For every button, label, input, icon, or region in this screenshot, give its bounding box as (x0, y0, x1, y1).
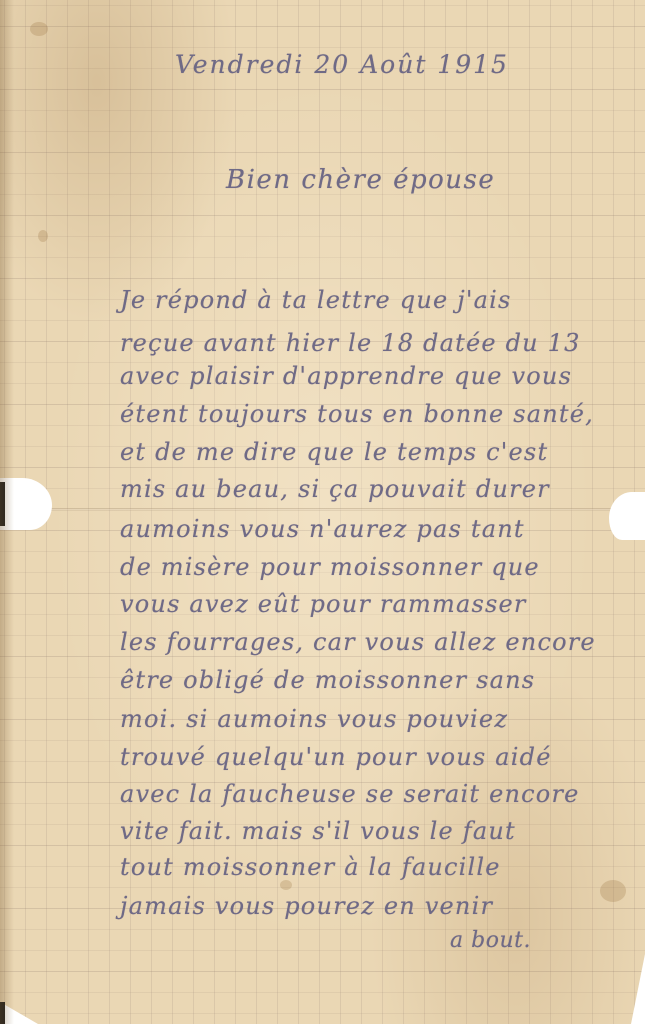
age-stain (280, 880, 292, 890)
closing-fragment: a bout. (450, 928, 531, 953)
body-line: reçue avant hier le 18 datée du 13 (120, 329, 581, 357)
body-line: de misère pour moissonner que (120, 553, 540, 581)
letter-date: Vendredi 20 Août 1915 (175, 50, 509, 79)
torn-edge-right (609, 492, 645, 540)
body-line: aumoins vous n'aurez pas tant (120, 515, 525, 543)
scan-shadow-left (0, 482, 5, 526)
age-stain (30, 22, 48, 36)
body-line: jamais vous pourez en venir (120, 892, 493, 920)
body-line: être obligé de moissonner sans (120, 666, 535, 694)
damaged-corner-bottom-left (0, 1002, 38, 1024)
body-line: mis au beau, si ça pouvait durer (120, 475, 550, 503)
body-line: moi. si aumoins vous pouviez (120, 705, 508, 733)
torn-edge-left (0, 478, 52, 530)
body-line: les fourrages, car vous allez encore (120, 628, 596, 656)
body-line: vous avez eût pour rammasser (120, 590, 527, 618)
age-stain (600, 880, 626, 902)
age-stain (38, 230, 48, 242)
body-line: vite fait. mais s'il vous le faut (120, 817, 516, 845)
damaged-corner-bottom-right (631, 954, 645, 1024)
body-line: tout moissonner à la faucille (120, 853, 501, 881)
body-line: Je répond à ta lettre que j'ais (120, 286, 512, 314)
paper-fold-crease (0, 508, 645, 511)
body-line: étent toujours tous en bonne santé, (120, 400, 594, 428)
scan-shadow-corner (0, 1002, 5, 1024)
body-line: trouvé quelqu'un pour vous aidé (120, 743, 552, 771)
body-line: et de me dire que le temps c'est (120, 438, 548, 466)
body-line: avec plaisir d'apprendre que vous (120, 362, 572, 390)
letter-page: Vendredi 20 Août 1915 Bien chère épouse … (0, 0, 645, 1024)
body-line: avec la faucheuse se serait encore (120, 780, 580, 808)
letter-salutation: Bien chère épouse (226, 165, 495, 195)
